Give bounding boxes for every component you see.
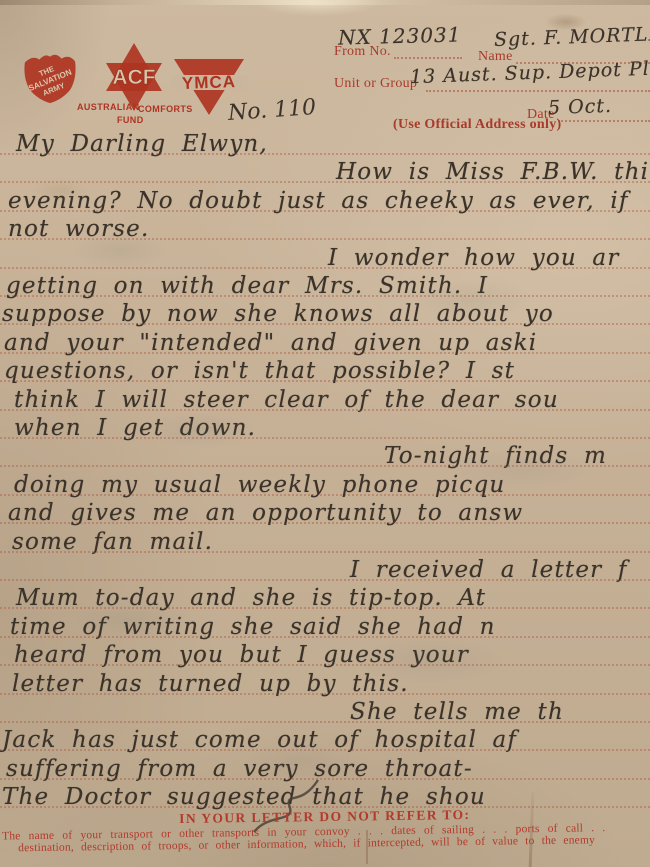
handwriting-line: Jack has just come out of hospital af bbox=[2, 727, 517, 753]
from-no-field-line bbox=[394, 57, 462, 59]
acf-abbr: ACF bbox=[112, 66, 155, 89]
handwriting-line: when I get down. bbox=[14, 415, 256, 441]
censor-warning: IN YOUR LETTER DO NOT REFER TO: The name… bbox=[0, 804, 650, 854]
handwriting-line: heard from you but I guess your bbox=[14, 642, 469, 668]
handwriting-line: Mum to-day and she is tip-top. At bbox=[16, 585, 486, 611]
torn-paper-edge bbox=[0, 0, 650, 5]
unit-field-line bbox=[426, 90, 650, 92]
name-value: Sgt. F. MORTLE bbox=[494, 23, 650, 51]
handwriting-line: questions, or isn't that possible? I st bbox=[4, 358, 515, 384]
handwriting-line: doing my usual weekly phone picqu bbox=[14, 472, 505, 498]
unit-label: Unit or Group bbox=[334, 76, 417, 92]
official-address-note: (Use Official Address only) bbox=[393, 117, 561, 133]
handwriting-line: letter has turned up by this. bbox=[12, 671, 409, 697]
from-no-value: NX 123031 bbox=[338, 22, 462, 49]
unit-value: 13 Aust. Sup. Depot Pl bbox=[410, 58, 650, 88]
handwriting-line: To-night finds m bbox=[384, 443, 607, 469]
handwriting-line: suppose by now she knows all about yo bbox=[2, 301, 554, 327]
ymca-label: YMCA bbox=[182, 72, 237, 93]
handwriting-line: and gives me an opportunity to answ bbox=[8, 500, 523, 526]
handwriting-line: I received a letter f bbox=[350, 557, 628, 583]
acf-word-australian: AUSTRALIAN bbox=[77, 102, 140, 112]
handwriting-line: I wonder how you ar bbox=[328, 245, 620, 271]
acf-word-fund: FUND bbox=[117, 115, 144, 125]
handwriting-line: time of writing she said she had n bbox=[10, 614, 496, 640]
salvation-army-shield-icon: THE SALVATION ARMY bbox=[21, 50, 79, 106]
handwriting-line: think I will steer clear of the dear sou bbox=[14, 387, 559, 413]
handwriting-line: evening? No doubt just as cheeky as ever… bbox=[8, 188, 629, 214]
date-value: 5 Oct. bbox=[548, 95, 613, 119]
handwriting-line: How is Miss F.B.W. thi bbox=[336, 159, 649, 185]
handwriting-line: She tells me th bbox=[350, 699, 564, 725]
handwriting-line: My Darling Elwyn, bbox=[16, 131, 268, 157]
handwriting-line: getting on with dear Mrs. Smith. I bbox=[6, 273, 488, 299]
handwriting-line: and your "intended" and given up aski bbox=[4, 330, 537, 356]
letter-scan-page: THE SALVATION ARMY ACF AUSTRALIAN COMFOR… bbox=[0, 0, 650, 867]
handwriting-line: not worse. bbox=[8, 216, 149, 242]
date-field-line bbox=[558, 120, 650, 122]
handwriting-line: some fan mail. bbox=[12, 529, 213, 555]
letter-number: No. 110 bbox=[227, 95, 317, 126]
